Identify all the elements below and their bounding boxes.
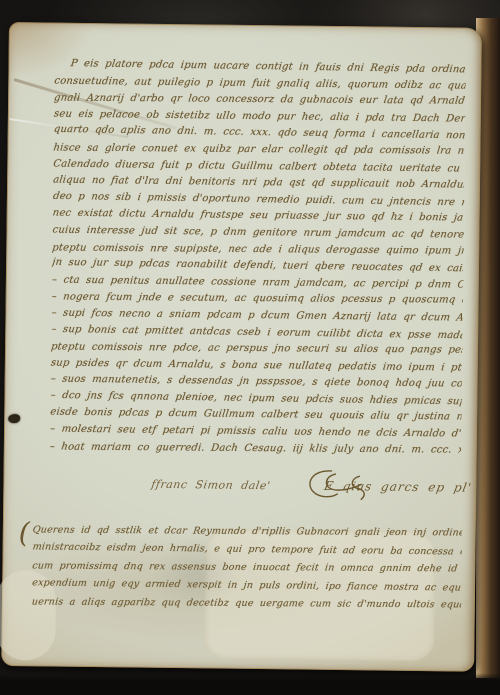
bottom-note-lines: Querens id qd sstlik et dcar Reymundo d'… bbox=[32, 520, 462, 615]
chancery-signature-row: ffranc Simon dale' E qius garcs ep pl' bbox=[151, 466, 472, 510]
manuscript-photo: P eis platore pdca ipum uacare contigt i… bbox=[0, 0, 500, 695]
ink-blot bbox=[8, 414, 20, 423]
bottom-note-block: ( Querens id qd sstlik et dcar Reymundo … bbox=[32, 520, 462, 615]
signature-right: E qius garcs ep pl' bbox=[323, 478, 473, 494]
manuscript-line: – hoat mariam co guerredi. Dach Cesaug. … bbox=[49, 439, 462, 459]
signature-left: ffranc Simon dale' bbox=[150, 477, 271, 491]
parchment-page: P eis platore pdca ipum uacare contigt i… bbox=[1, 22, 482, 672]
paragraph-paraph-icon: ( bbox=[19, 516, 30, 549]
note-line: uernis a aliqs agparibz quq decetibz que… bbox=[31, 593, 463, 614]
photo-background-edge bbox=[0, 673, 500, 695]
main-text-block: P eis platore pdca ipum uacare contigt i… bbox=[50, 57, 466, 460]
